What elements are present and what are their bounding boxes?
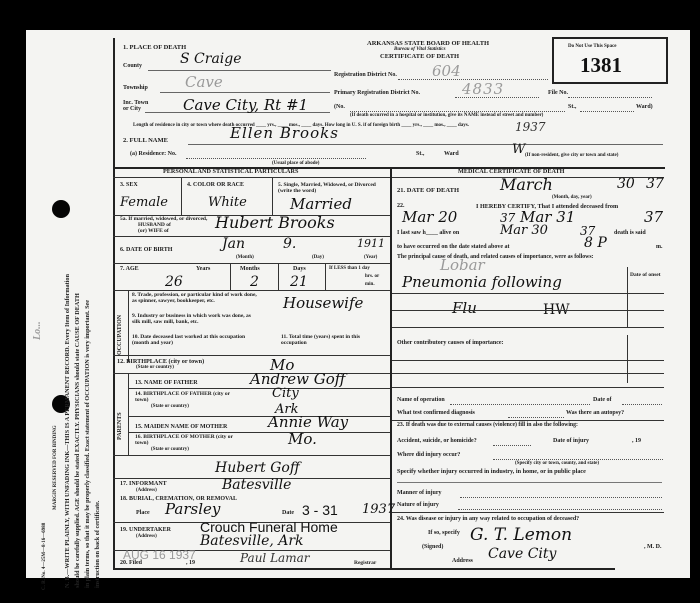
occupation-question-divider [392,512,664,513]
occurred-label: to have occurred on the date stated abov… [397,244,510,251]
filed-label: 20. Filed [120,560,142,567]
registration-district-label: Registration District No. [334,72,397,79]
injury-date-label: Date of injury [553,438,589,445]
dob-label: 6. DATE OF BIRTH [120,247,172,254]
primary-registration-value: 4833 [462,80,504,98]
registrar-signature: Paul Lamar [240,551,309,565]
mother-birthplace-label: 16. BIRTHPLACE OF MOTHER (city or town) [135,434,235,446]
occupation-side-divider [128,290,129,362]
ward-dots [580,111,634,112]
spouse-label-3: (or) WIFE of [138,228,169,235]
where-injury-caption: (Specify city or town, county, and state… [515,461,599,467]
medical-section-title: MEDICAL CERTIFICATE OF DEATH [458,168,564,175]
occurred-time: 8 P [584,235,607,251]
county-underline [148,70,331,71]
hospital-note: (If death occurred in a hospital or inst… [350,113,543,119]
instructions-line-4: instruction on back of certificate. [94,501,101,588]
date-of-death-day: 30 [617,176,635,192]
father-birthplace-label: 14. BIRTHPLACE OF FATHER (city or town) [135,391,235,403]
mother-divider [128,416,390,417]
m-label: m. [656,244,663,251]
autopsy-label: Was there an autopsy? [566,410,624,417]
margin-reserved-note: MARGIN RESERVED FOR BINDING [53,425,58,510]
mother-birthplace-value: Mo. [288,430,317,448]
attended-from: Mar 20 [402,208,457,226]
father-birthplace-city: City [272,386,299,401]
trade-value: Housewife [283,294,363,312]
full-name-label: 2. FULL NAME [123,137,168,144]
age-years-value: 26 [165,274,183,290]
onset-column-divider [627,267,628,327]
form-bottom-border [113,568,615,570]
burial-date-label: Date [282,510,294,517]
nature-dots [458,509,662,510]
date-of-death-value: March [500,175,553,194]
informant-label: 17. INFORMANT [120,481,167,488]
certificate-number: 1381 [580,53,622,78]
cause-line-2: Flu [452,299,477,317]
specify-rule [397,482,662,483]
physician-signature: G. T. Lemon [470,525,572,545]
other-causes-rule-1 [392,360,664,361]
margin-scrawl: Lo... [32,321,43,340]
parents-side-label: PARENTS [117,412,123,440]
filed-year-prefix: , 19 [186,560,195,567]
trade-label: 8. Trade, profession, or particular kind… [132,292,260,304]
other-causes-rule-2 [392,373,664,374]
form-left-border [113,38,115,570]
other-causes-label: Other contributory causes of importance: [397,340,504,347]
county-label: County [123,63,142,70]
specify-injury-label: Specify whether injury occurred in indus… [397,468,586,475]
burial-date-year: 1937 [362,502,395,517]
dob-year-caption: (Year) [364,255,377,261]
board-name: ARKANSAS STATE BOARD OF HEALTH [367,40,489,47]
file-no-dots [568,97,652,98]
mother-bp-divider [128,432,390,433]
place-of-death-label: 1. PLACE OF DEATH [123,44,186,51]
cause-line-rule-2 [392,310,664,311]
row-divider-2 [113,236,390,237]
father-name-label: 13. NAME OF FATHER [135,380,198,387]
other-causes-rule-3 [392,387,664,388]
row-divider-5 [113,355,390,356]
age-divider-1 [230,263,231,290]
date-of-death-year: 37 [646,176,664,192]
county-value: S Craige [180,51,242,67]
md-label: , M. D. [644,544,662,551]
other-causes-column [627,335,628,383]
manner-label: Manner of injury [397,490,442,497]
date-of-death-label: 21. DATE OF DEATH [397,187,459,194]
form-number: C. R. No. 4—25M—8-16—6988 [42,523,48,590]
residence-dots [186,158,366,159]
dob-day: 9. [283,236,296,252]
dob-day-caption: (Day) [312,255,324,261]
street-no-label: (No. [334,104,345,111]
street-st-label: St., [568,104,576,111]
last-worked-label: 10. Date deceased last worked at this oc… [132,334,260,346]
burial-place-label: Place [136,510,150,517]
full-name-value: Ellen Brooks [230,124,339,142]
instructions-line-3: in plain terms, so that it may be proper… [84,300,91,588]
race-value: White [208,195,247,210]
undertaker-label: 19. UNDERTAKER [120,527,171,534]
minutes-label: min. [365,282,375,288]
mother-name-label: 15. MAIDEN NAME OF MOTHER [135,424,227,431]
accident-label: Accident, suicide, or homicide? [397,438,477,445]
year-scrawl: 1937 [515,120,546,134]
certificate-title: CERTIFICATE OF DEATH [380,53,459,60]
sex-value: Female [120,195,168,210]
date-of-operation-dots [622,404,662,405]
residence-ward-label: Ward [444,151,459,158]
dob-year: 1911 [357,237,385,250]
primary-registration-label: Primary Registration District No. [334,90,420,97]
sex-label: 3. SEX [120,182,138,189]
personal-section-title: PERSONAL AND STATISTICAL PARTICULARS [163,168,298,175]
age-divider-2 [278,263,279,290]
file-no-label: File No. [548,90,568,97]
age-months-value: 2 [250,274,259,290]
binding-hole-top [52,200,70,218]
cause-line-rule-3 [392,327,664,328]
full-name-underline [188,144,663,145]
date-of-death-caption: (Month, day, year) [552,195,592,201]
undertaker-address-label: (Address) [136,534,157,540]
death-said-label: death is said [614,230,646,237]
nonresident-note: (If non-resident, give city or town and … [525,153,618,159]
personal-title-underline [113,177,390,178]
where-injury-dots [493,459,663,460]
birthplace-label: 12. BIRTHPLACE (city or town) [117,358,204,365]
occupation-side-label: OCCUPATION [117,315,123,355]
operation-dots [450,404,590,405]
dob-month-caption: (Month) [236,255,254,261]
operation-label: Name of operation [397,397,445,404]
spouse-value: Hubert Brooks [215,213,335,232]
race-label: 4. COLOR OR RACE [187,182,244,189]
race-marital-divider [272,177,273,215]
instructions-line-2: should be carefully supplied. AGE should… [74,293,81,588]
office-use-box: Do Not Use This Space 1381 [552,37,668,84]
external-divider [392,420,664,421]
burial-date-value: 3 - 31 [302,502,338,518]
marital-status-value: Married [290,195,352,213]
undertaker-address: Batesville, Ark [200,533,304,549]
birthplace-sub-label: (State or country) [136,365,174,371]
signed-label: (Signed) [422,544,443,551]
residence-label: (a) Residence: No. [130,151,177,158]
town-value: Cave City, Rt #1 [183,96,308,114]
attended-to-year: 37 [644,208,663,226]
external-causes-label: 23. If death was due to external causes … [397,422,662,428]
last-saw-value: Mar 30 [500,223,548,238]
burial-place-value: Parsley [165,500,220,518]
nature-label: Nature of injury [397,502,439,509]
instructions-line-1: N. B.—WRITE PLAINLY, WITH UNFADING INK—T… [64,274,71,588]
physician-address: Cave City [488,546,556,562]
age-days-value: 21 [290,274,308,290]
ward-label: Ward) [636,104,653,111]
mother-name-value: Annie Way [268,413,348,431]
father-birthplace-sub: (State or country) [151,404,189,410]
cause-line-rule-1 [392,293,664,294]
last-saw-label: I last saw h____ alive on [397,230,459,237]
sex-race-divider [181,177,182,215]
age-years-label: Years [196,266,210,273]
dob-month: Jan [222,236,245,252]
informant-name: Hubert Goff [215,460,300,476]
less-than-day-label: If LESS than 1 day [329,266,370,272]
physician-address-label: Address [452,558,473,565]
mother-birthplace-sub: (State or country) [151,447,189,453]
cause-line-0: Lobar [440,256,485,274]
where-injury-label: Where did injury occur? [397,452,460,459]
township-value: Cave [185,73,223,91]
accident-dots [493,445,531,446]
registration-district-value: 604 [432,62,461,80]
father-divider [128,388,390,389]
row-divider-7 [113,455,390,456]
if-so-label: If so, specify [428,530,460,537]
injury-year-prefix: , 19 [632,438,641,445]
parents-side-divider [128,373,129,455]
date-of-operation-label: Date of [593,397,612,404]
age-divider-3 [325,263,326,290]
industry-label: 9. Industry or business in which work wa… [132,313,260,325]
age-label: 7. AGE [120,266,139,273]
principal-cause-label: The principal cause of death, and relate… [397,254,662,260]
row-divider-3 [113,263,390,264]
town-label: Inc. Town or City [123,100,149,112]
office-use-label: Do Not Use This Space [568,44,617,50]
cause-line-1: Pneumonia following [402,273,562,291]
total-time-label: 11. Total time (years) spent in this occ… [281,334,371,346]
registrar-label: Registrar [354,560,376,567]
date-onset-label: Date of onset [630,272,661,279]
township-underline [160,92,330,93]
ward-mark: W [512,142,525,157]
test-label: What test confirmed diagnosis [397,410,475,417]
row-divider-4 [113,290,390,291]
age-days-label: Days [293,266,306,273]
informant-address-label: (Address) [136,488,157,494]
township-label: Township [123,85,148,92]
test-dots [508,417,564,418]
hours-label: hrs. or [365,274,379,280]
manner-dots [460,497,662,498]
marital-status-label: 5. Single, Married, Widowed, or Divorced… [278,182,388,194]
residence-st-label: St., [416,151,424,158]
informant-address: Batesville [222,477,291,493]
street-dots [350,111,565,112]
age-months-label: Months [240,266,260,273]
occupation-related-label: 24. Was disease or injury in any way rel… [397,516,579,523]
